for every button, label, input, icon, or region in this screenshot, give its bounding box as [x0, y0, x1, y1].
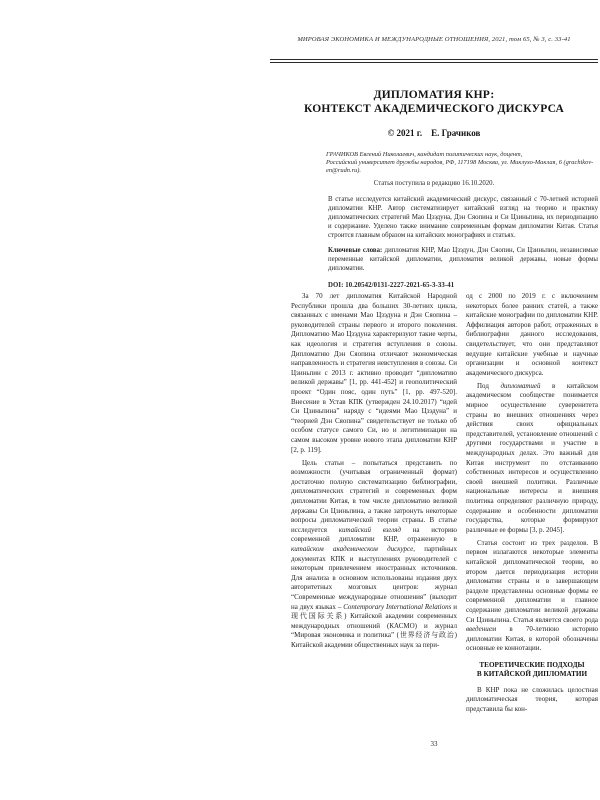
body-paragraph: За 70 лет дипломатия Китайской Народной … [291, 292, 457, 455]
header-double-rule [270, 59, 598, 63]
body-paragraph: од с 2000 по 2019 г. с включением некото… [466, 292, 598, 378]
journal-page: МИРОВАЯ ЭКОНОМИКА И МЕЖДУНАРОДНЫЕ ОТНОШЕ… [0, 0, 600, 800]
section-heading: ТЕОРЕТИЧЕСКИЕ ПОДХОДЫВ КИТАЙСКОЙ ДИПЛОМА… [466, 661, 598, 680]
column-left: За 70 лет дипломатия Китайской Народной … [291, 292, 457, 654]
keywords-label: Ключевые слова: [328, 247, 382, 254]
body-paragraph: В КНР пока не сложилась целостная диплом… [466, 686, 598, 715]
author-name-line: ГРАЧИКОВ Евгений Николаевич, кандидат по… [326, 151, 598, 159]
article-title-line2: КОНТЕКСТ АКАДЕМИЧЕСКОГО ДИСКУРСА [270, 103, 598, 117]
article-title-line1: ДИПЛОМАТИЯ КНР: [270, 89, 598, 103]
author-address-line: Российский университет дружбы народов, Р… [326, 159, 598, 175]
column-right: од с 2000 по 2019 г. с включением некото… [466, 292, 598, 718]
running-head: МИРОВАЯ ЭКОНОМИКА И МЕЖДУНАРОДНЫЕ ОТНОШЕ… [270, 36, 598, 43]
received-date-line: Статья поступила в редакцию 16.10.2020. [270, 180, 598, 187]
article-title: ДИПЛОМАТИЯ КНР: КОНТЕКСТ АКАДЕМИЧЕСКОГО … [270, 89, 598, 116]
body-paragraph: Цель статьи – попытаться представить по … [291, 459, 457, 651]
body-paragraph: Под дипломатией в китайском академическо… [466, 382, 598, 536]
abstract-text: В статье исследуется китайский академиче… [328, 195, 598, 240]
page-number: 33 [270, 740, 598, 748]
body-paragraph: Статья состоит из трех разделов. В перво… [466, 539, 598, 654]
abstract-block: В статье исследуется китайский академиче… [328, 195, 598, 290]
author-affiliation: ГРАЧИКОВ Евгений Николаевич, кандидат по… [326, 151, 598, 176]
copyright-line: © 2021 г. Е. Грачиков [270, 128, 598, 138]
doi-line: DOI: 10.20542/0131-2227-2021-65-3-33-41 [328, 281, 598, 290]
keywords-line: Ключевые слова: дипломатия КНР, Мао Цзэд… [328, 246, 598, 273]
